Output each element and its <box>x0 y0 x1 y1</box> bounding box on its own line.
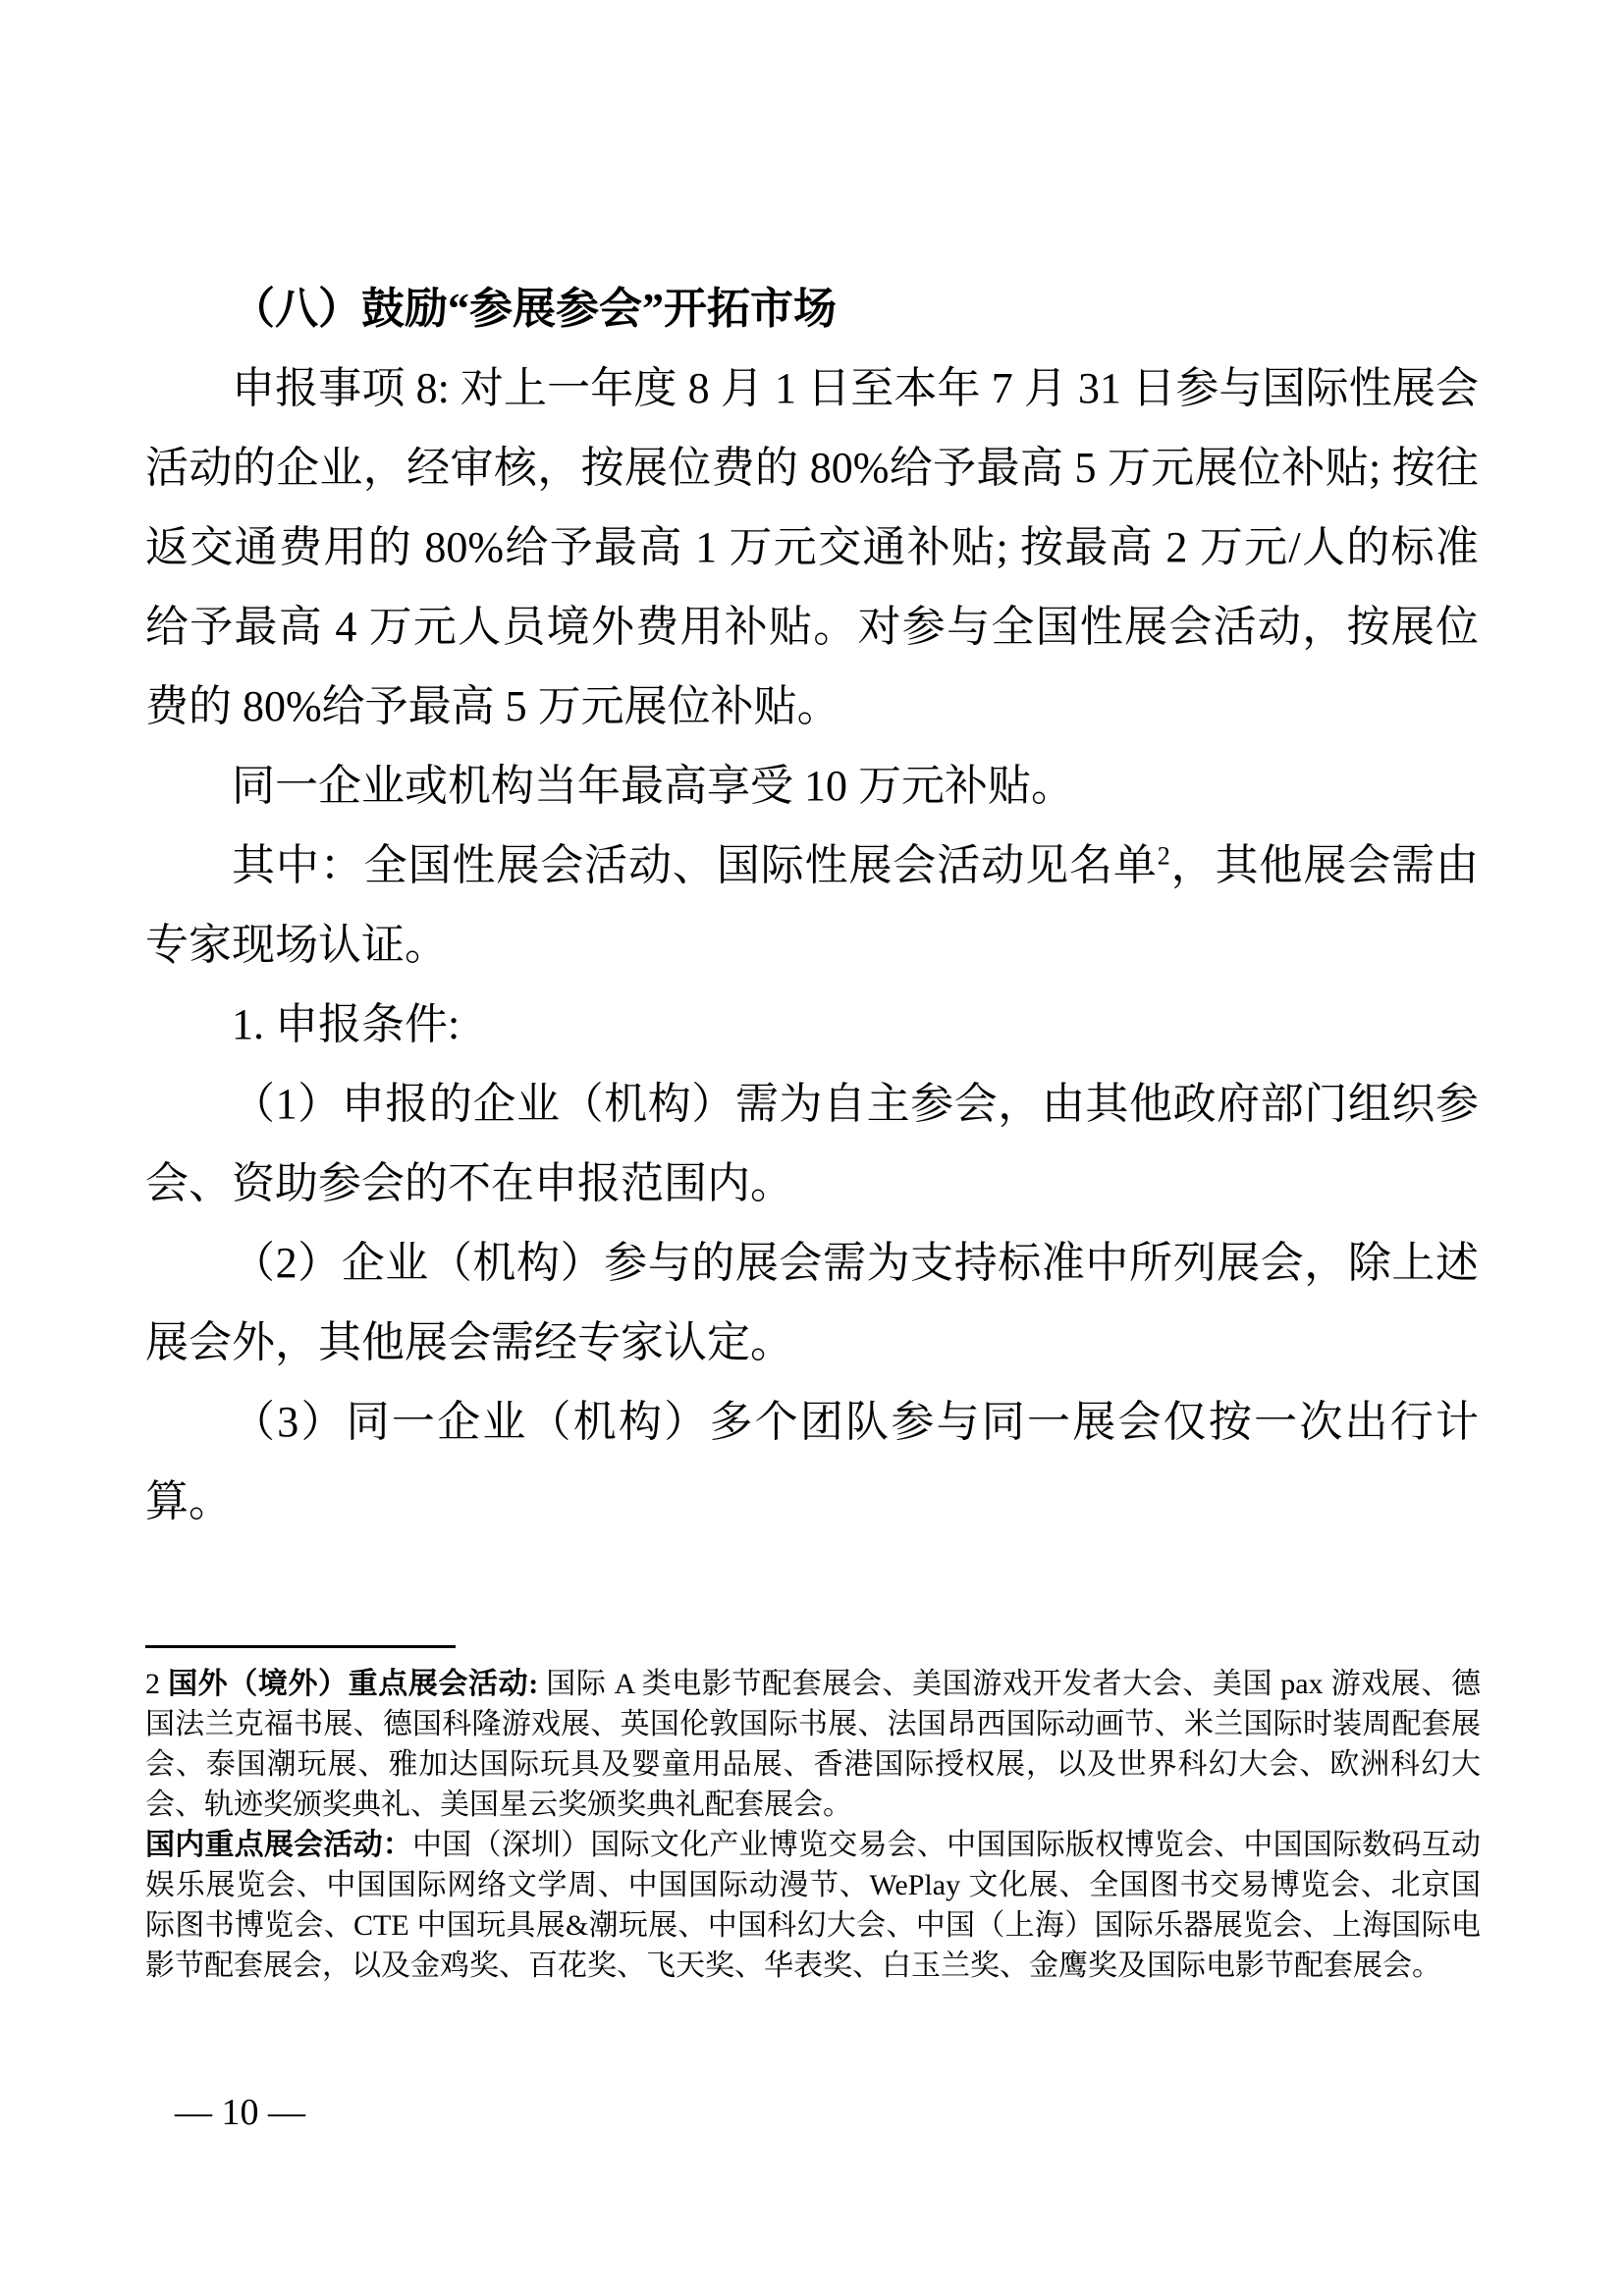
document-body: （八）鼓励“参展参会”开拓市场 申报事项 8: 对上一年度 8 月 1 日至本年… <box>145 269 1479 1541</box>
footnote-domestic-exhibitions: 国内重点展会活动：中国（深圳）国际文化产业博览交易会、中国国际版权博览会、中国国… <box>145 1825 1481 1986</box>
paragraph-conditions-title: 1. 申报条件: <box>145 985 1479 1064</box>
document-page: （八）鼓励“参展参会”开拓市场 申报事项 8: 对上一年度 8 月 1 日至本年… <box>0 0 1624 2296</box>
footnote-separator <box>145 1645 456 1648</box>
paragraph-condition-3: （3）同一企业（机构）多个团队参与同一展会仅按一次出行计算。 <box>145 1382 1479 1541</box>
paragraph-condition-2: （2）企业（机构）参与的展会需为支持标准中所列展会，除上述展会外，其他展会需经专… <box>145 1223 1479 1382</box>
footnote-marker: 2 <box>145 1668 168 1700</box>
footnote-domestic-label: 国内重点展会活动： <box>145 1829 412 1861</box>
footnote-reference-2: 2 <box>1158 841 1170 870</box>
footnote-overseas-label: 国外（境外）重点展会活动: <box>168 1668 538 1700</box>
paragraph-condition-1: （1）申报的企业（机构）需为自主参会，由其他政府部门组织参会、资助参会的不在申报… <box>145 1064 1479 1223</box>
paragraph-exhibition-list: 其中：全国性展会活动、国际性展会活动见名单2，其他展会需由专家现场认证。 <box>145 826 1479 985</box>
paragraph-exhibition-list-before: 其中：全国性展会活动、国际性展会活动见名单 <box>232 841 1158 889</box>
footnote-overseas-exhibitions: 2 国外（境外）重点展会活动: 国际 A 类电影节配套展会、美国游戏开发者大会、… <box>145 1664 1481 1825</box>
section-heading-text: （八）鼓励“参展参会”开拓市场 <box>232 285 837 333</box>
paragraph-max-subsidy: 同一企业或机构当年最高享受 10 万元补贴。 <box>145 746 1479 826</box>
section-heading: （八）鼓励“参展参会”开拓市场 <box>145 269 1479 348</box>
paragraph-declaration-item-8: 申报事项 8: 对上一年度 8 月 1 日至本年 7 月 31 日参与国际性展会… <box>145 348 1479 746</box>
footnote-area: 2 国外（境外）重点展会活动: 国际 A 类电影节配套展会、美国游戏开发者大会、… <box>145 1645 1481 1986</box>
page-number: — 10 — <box>175 2089 305 2136</box>
